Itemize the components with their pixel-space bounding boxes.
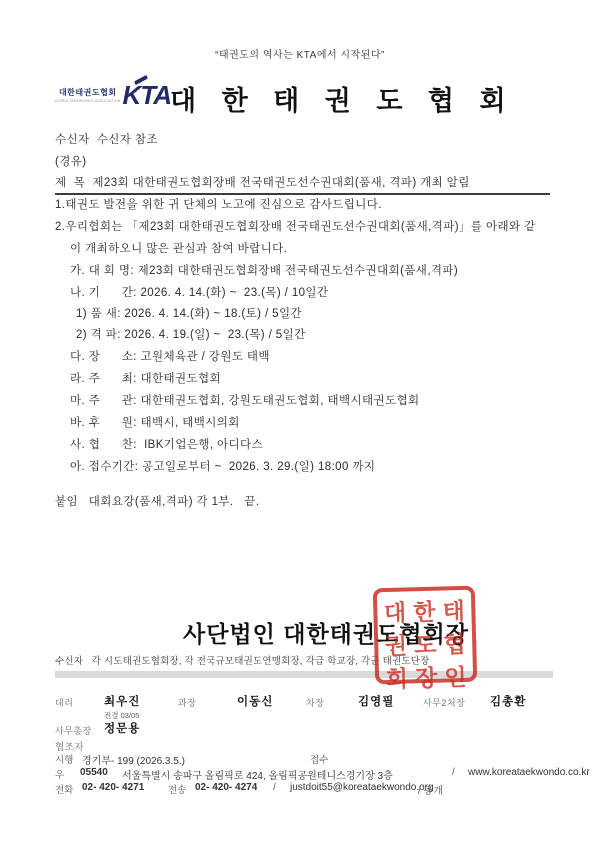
postal-label: 우 (55, 767, 64, 781)
via-line: (경유) (55, 153, 86, 169)
approver-name: 정문용 (104, 720, 140, 736)
approver-name: 최우진 (104, 693, 140, 709)
approver-role: 차장 (306, 696, 324, 709)
body-paragraph: 2.우리협회는 「제23회 대한태권도협회장배 전국태권도선수권대회(품새,격파… (55, 218, 536, 234)
org-name-title: 대 한 태 권 도 협 회 (170, 79, 515, 118)
disclosure-note: / 공개 (418, 782, 443, 797)
detail-subline: 2) 격 파: 2026. 4. 19.(일) ~ 23.(목) / 5일간 (76, 326, 306, 342)
dispatch-number: 경기부- 199 (2026.3.5.) (82, 752, 185, 767)
document-page: “태권도의 역사는 KTA에서 시작된다” 대한태권도협회 KOREA TAEK… (0, 0, 600, 849)
detail-line: 사. 협 찬: IBK기업은행, 아디다스 (70, 436, 263, 452)
website-url: www.koreataekwondo.co.kr (468, 767, 590, 778)
header-slogan: “태권도의 역사는 KTA에서 시작된다” (0, 46, 600, 61)
separator: / (273, 782, 276, 793)
detail-line: 아. 접수기간: 공고일로부터 ~ 2026. 3. 29.(일) 18:00 … (70, 458, 375, 474)
approver-role: 과장 (178, 696, 196, 709)
separator: / (452, 767, 455, 778)
approver-role: 대리 (55, 696, 73, 709)
divider-band (55, 671, 553, 678)
recipient-line: 수신자 수신자 참조 (55, 131, 158, 147)
approver-name: 김총환 (490, 693, 526, 709)
kta-logo: 대한태권도협회 KOREA TAEKWONDO ASSOCIATION KTA (55, 82, 171, 108)
official-seal-stamp-icon: 대한태 권도협 회장인 (373, 586, 477, 685)
kta-logo-text: 대한태권도협회 KOREA TAEKWONDO ASSOCIATION (55, 87, 121, 103)
fax-number: 02- 420- 4274 (195, 782, 257, 793)
address-text: 서울특별시 송파구 올림픽로 424, 올림픽공원테니스경기장 3층 (122, 767, 393, 782)
postal-code: 05540 (80, 767, 108, 778)
detail-line: 나. 기 간: 2026. 4. 14.(화) ~ 23.(목) / 10일간 (70, 284, 328, 300)
detail-subline: 1) 품 새: 2026. 4. 14.(화) ~ 18.(토) / 5일간 (76, 305, 302, 321)
detail-line: 가. 대 회 명: 제23회 대한태권도협회장배 전국태권도선수권대회(품새,격… (70, 262, 458, 278)
fax-label: 전송 (168, 782, 186, 796)
receipt-label: 접수 (310, 752, 328, 766)
dispatch-label: 시행 (55, 752, 73, 766)
signer-org-title: 사단법인 대한태권도협회장 (52, 616, 600, 649)
detail-line: 라. 주 최: 대한태권도협회 (70, 370, 221, 386)
approver-name: 김영필 (358, 693, 394, 709)
cooperator-label: 협조자 (55, 739, 84, 753)
approver-role: 사무2처장 (423, 696, 465, 709)
body-paragraph: 이 개최하오니 많은 관심과 참여 바랍니다. (70, 240, 287, 256)
phone-number: 02- 420- 4271 (82, 782, 144, 793)
phone-label: 전화 (55, 782, 73, 796)
attachment-line: 붙임 대회요강(품새,격파) 각 1부. 끝. (55, 493, 259, 509)
subject-line: 제 목 제23회 대한태권도협회장배 전국태권도선수권대회(품새, 격파) 개최… (55, 174, 550, 195)
approver-name: 이동신 (237, 693, 273, 709)
detail-line: 다. 장 소: 고원체육관 / 강원도 태백 (70, 348, 270, 364)
kta-logo-english: KOREA TAEKWONDO ASSOCIATION (55, 99, 121, 103)
detail-line: 마. 주 관: 대한태권도협회, 강원도태권도협회, 태백시태권도협회 (70, 392, 420, 408)
detail-line: 바. 후 원: 태백시, 태백시의회 (70, 414, 240, 430)
kta-logo-korean: 대한태권도협회 (59, 87, 117, 98)
recipients-full-line: 수신자 각 시도태권도협회장, 각 전국규모태권도연맹회장, 각급 학교장, 각… (55, 653, 430, 667)
approver-role: 사무총장 (55, 724, 92, 737)
email-address: justdoit55@koreataekwondo.org (290, 782, 434, 793)
body-paragraph: 1.태권도 발전을 위한 귀 단체의 노고에 진심으로 감사드립니다. (55, 196, 382, 212)
kta-logo-icon: KTA (123, 82, 172, 108)
